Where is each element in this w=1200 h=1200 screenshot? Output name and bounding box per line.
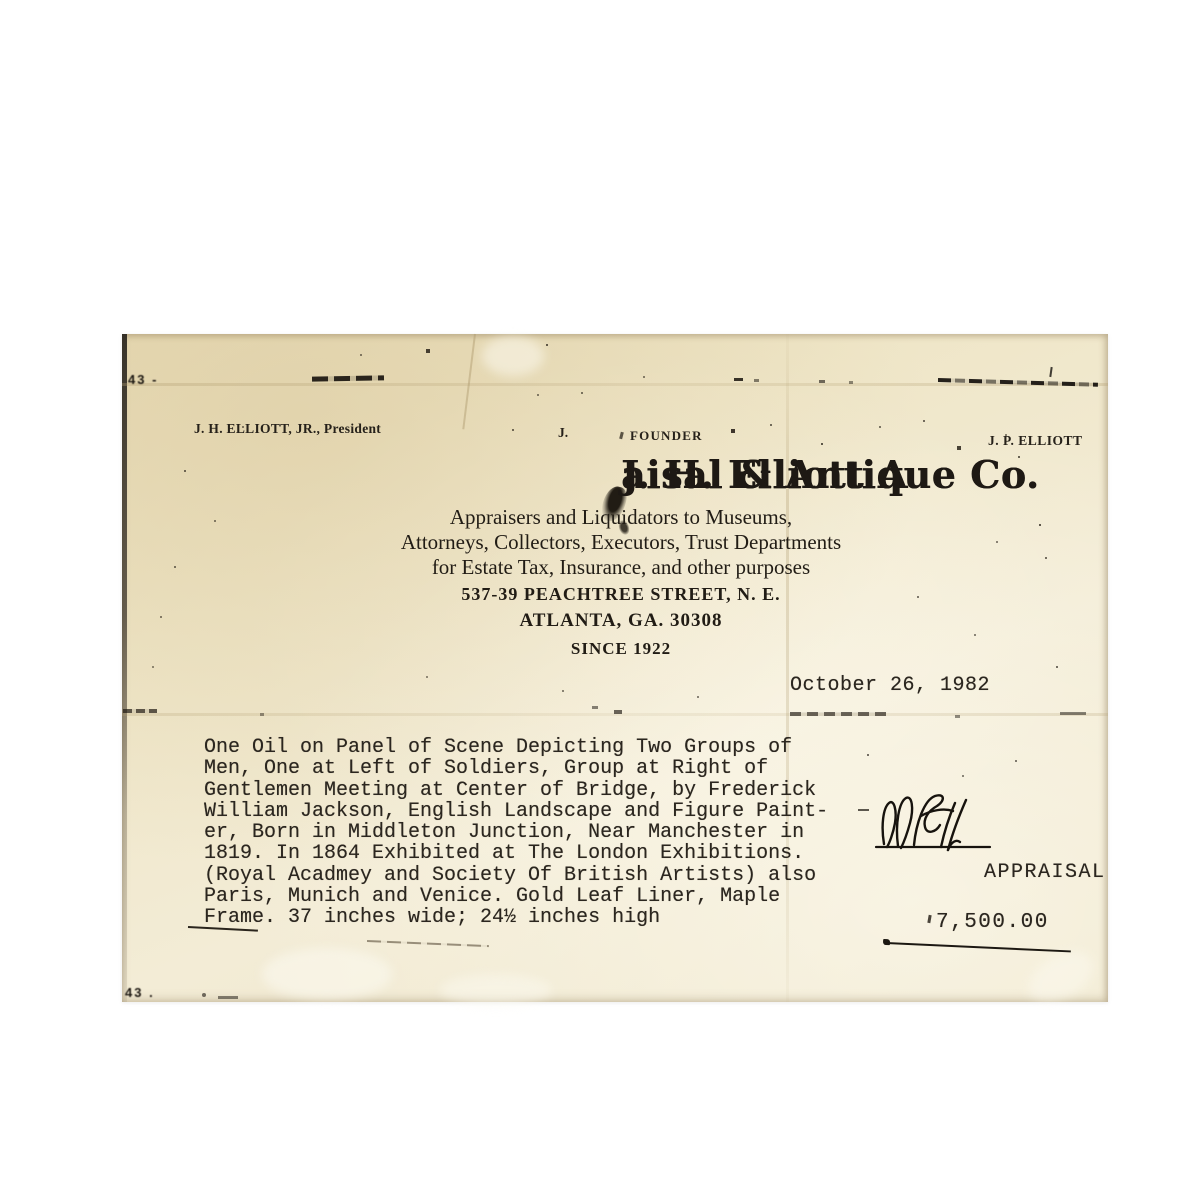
address-street: 537-39 PEACHTREE STREET, N. E. [122, 584, 1108, 605]
officer-name-president: J. H. ELLIOTT, JR., President [194, 421, 381, 437]
ink-smudge [218, 996, 238, 999]
letter-body: One Oil on Panel of Scene Depicting Two … [204, 737, 904, 929]
faded-ink-mark [619, 432, 624, 440]
body-line: William Jackson, English Landscape and F… [204, 801, 904, 822]
ink-smudge [754, 379, 759, 382]
body-line: Frame. 37 inches wide; 24½ inches high [204, 907, 904, 928]
ink-smudge [1060, 712, 1086, 715]
ink-smudge [734, 378, 743, 381]
ink-specks [122, 334, 124, 336]
tagline-line-3: for Estate Tax, Insurance, and other pur… [122, 555, 1108, 580]
pen-dash [858, 809, 869, 811]
ink-smudge [819, 380, 825, 383]
ink-smudge [202, 993, 206, 997]
founder-title: FOUNDER [630, 428, 703, 444]
company-name-end: aisal & Antique Co. [621, 452, 1040, 497]
ink-smudge [592, 706, 598, 709]
ink-tick [927, 915, 931, 923]
crease-line [462, 334, 476, 430]
worn-patch [440, 974, 552, 1006]
appraisal-amount: 7,500.00 [936, 911, 1049, 934]
body-line: Gentlemen Meeting at Center of Bridge, b… [204, 780, 904, 801]
ink-smudge [614, 710, 622, 714]
appraisal-letter-document: 43 - 43 . J. H. ELLIOTT, JR., President … [122, 334, 1108, 1002]
amount-underline [885, 942, 1071, 952]
worn-patch [262, 948, 392, 1000]
body-line: er, Born in Middleton Junction, Near Man… [204, 822, 904, 843]
horizontal-fold-crease-top [122, 383, 1108, 386]
officer-name-right: J. P. ELLIOTT [988, 433, 1083, 449]
ink-smudge [312, 375, 384, 381]
body-line: One Oil on Panel of Scene Depicting Two … [204, 737, 904, 758]
margin-mark-bottom-left: 43 . [125, 985, 155, 1000]
ink-smudge [1049, 367, 1052, 377]
body-line: 1819. In 1864 Exhibited at The London Ex… [204, 843, 904, 864]
appraisal-label: APPRAISAL [984, 861, 1106, 884]
scan-background: 43 - 43 . J. H. ELLIOTT, JR., President … [0, 0, 1200, 1200]
address-city: ATLANTA, GA. 30308 [122, 610, 1108, 632]
scan-edge-shadow [122, 334, 127, 1002]
body-line: Paris, Munich and Venice. Gold Leaf Line… [204, 886, 904, 907]
established-since: SINCE 1922 [122, 639, 1108, 659]
body-line: (Royal Acadmey and Society Of British Ar… [204, 865, 904, 886]
ink-smudge [849, 381, 853, 384]
ink-smudge [260, 713, 264, 716]
founder-name-faded: J. [558, 425, 568, 441]
body-line: Men, One at Left of Soldiers, Group at R… [204, 758, 904, 779]
ink-smudge [955, 715, 960, 718]
ink-smudge [790, 712, 886, 716]
faint-smudge-line [367, 940, 489, 947]
ink-smudge [123, 709, 157, 713]
tagline-line-1: Appraisers and Liquidators to Museums, [122, 505, 1108, 530]
margin-mark-top-left: 43 - [128, 372, 158, 387]
appraiser-signature [874, 790, 996, 856]
worn-patch [482, 336, 544, 376]
letter-date: October 26, 1982 [790, 674, 990, 697]
tagline-line-2: Attorneys, Collectors, Executors, Trust … [122, 530, 1108, 555]
